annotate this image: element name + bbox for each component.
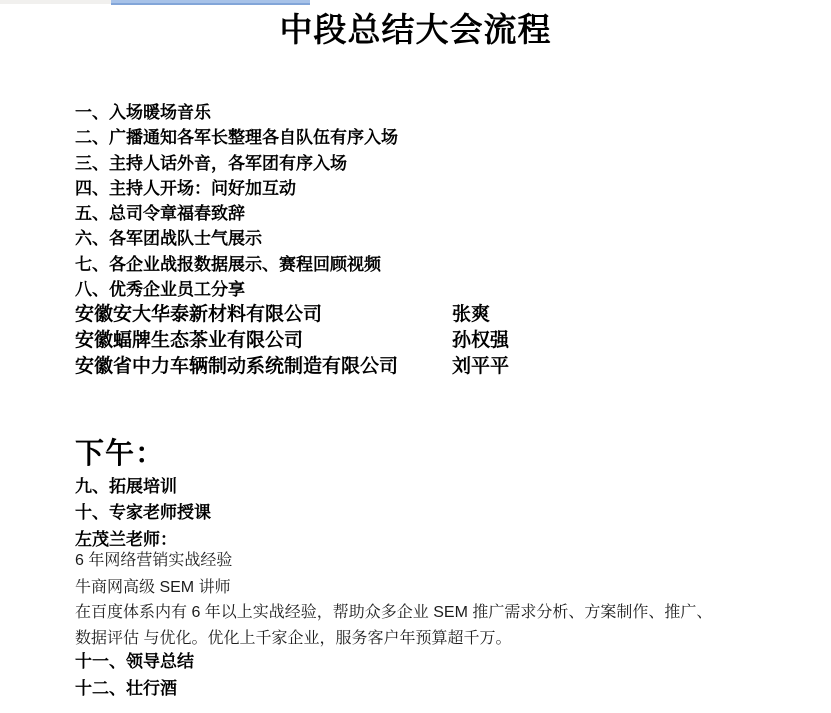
lecturer-bio: 在百度体系内有 6 年以上实战经验，帮助众多企业 SEM 推广需求分析、方案制作… <box>75 600 712 652</box>
afternoon-heading: 下午： <box>75 431 165 472</box>
closing-agenda-list: 十一、领导总结 十二、壮行酒 <box>75 649 194 702</box>
bio-line: 在百度体系内有 6 年以上实战经验，帮助众多企业 SEM 推广需求分析、方案制作… <box>75 600 712 626</box>
company-row: 安徽蝠牌生态茶业有限公司孙权强 <box>75 328 509 354</box>
person-name: 孙权强 <box>452 330 509 351</box>
company-name: 安徽安大华泰新材料有限公司 <box>75 302 452 328</box>
company-name: 安徽蝠牌生态茶业有限公司 <box>75 328 452 354</box>
company-row: 安徽安大华泰新材料有限公司张爽 <box>75 302 509 328</box>
agenda-item: 一、入场暖场音乐 <box>75 100 398 125</box>
company-name: 安徽省中力车辆制动系统制造有限公司 <box>75 354 452 380</box>
lecturer-credentials: 6 年网络营销实战经验 牛商网高级 SEM 讲师 <box>75 548 232 601</box>
agenda-item: 八、优秀企业员工分享 <box>75 277 398 302</box>
agenda-item: 四、主持人开场：问好加互动 <box>75 176 398 201</box>
agenda-item: 十、专家老师授课 <box>75 500 211 526</box>
company-row: 安徽省中力车辆制动系统制造有限公司刘平平 <box>75 354 509 380</box>
agenda-item: 六、各军团战队士气展示 <box>75 226 398 251</box>
agenda-item: 九、拓展培训 <box>75 474 211 500</box>
person-name: 刘平平 <box>452 356 509 377</box>
agenda-item: 十二、壮行酒 <box>75 676 194 703</box>
morning-agenda-list: 一、入场暖场音乐 二、广播通知各军长整理各自队伍有序入场 三、主持人话外音，各军… <box>75 100 398 302</box>
agenda-item: 十一、领导总结 <box>75 649 194 676</box>
agenda-item: 五、总司令章福春致辞 <box>75 201 398 226</box>
sharing-companies-list: 安徽安大华泰新材料有限公司张爽 安徽蝠牌生态茶业有限公司孙权强 安徽省中力车辆制… <box>75 302 509 380</box>
agenda-item: 二、广播通知各军长整理各自队伍有序入场 <box>75 125 398 150</box>
document-title: 中段总结大会流程 <box>0 4 831 51</box>
person-name: 张爽 <box>452 304 490 325</box>
credential-line: 6 年网络营销实战经验 <box>75 548 232 575</box>
agenda-item: 七、各企业战报数据展示、赛程回顾视频 <box>75 252 398 277</box>
lecturer-name: 左茂兰老师： <box>75 525 177 550</box>
agenda-item: 三、主持人话外音，各军团有序入场 <box>75 151 398 176</box>
credential-line: 牛商网高级 SEM 讲师 <box>75 575 232 602</box>
afternoon-agenda-list: 九、拓展培训 十、专家老师授课 <box>75 474 211 525</box>
document-page: 中段总结大会流程 一、入场暖场音乐 二、广播通知各军长整理各自队伍有序入场 三、… <box>0 0 831 713</box>
